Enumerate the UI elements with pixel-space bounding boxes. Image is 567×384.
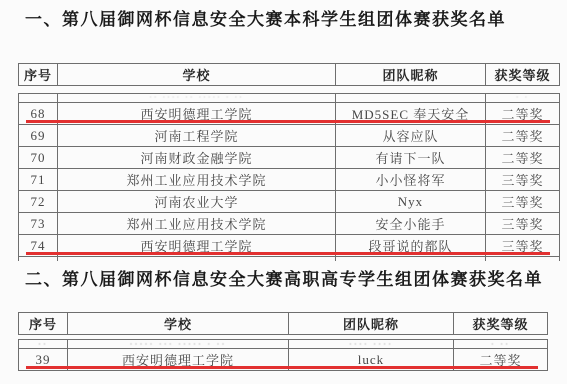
awards-table-undergraduate-body: ·· ···· ·· ····· · ··· ·68西安明德理工学院MD5SEC… <box>18 93 560 261</box>
school-cell: 河南工程学院 <box>58 125 336 147</box>
award-cell: 三等奖 <box>486 213 560 235</box>
no-cell: 74 <box>19 235 58 257</box>
table-row: 74西安明德理工学院段哥说的都队三等奖 <box>19 235 560 257</box>
clipped-cell <box>336 94 486 103</box>
no-cell: 69 <box>19 125 58 147</box>
table-row: 72河南农业大学Nyx三等奖 <box>19 191 560 213</box>
header-row: 序号学校团队昵称获奖等级 <box>19 313 548 335</box>
school-cell: 西安明德理工学院 <box>68 349 289 371</box>
award-cell: 二等奖 <box>486 125 560 147</box>
clipped-row: ······· ··· ····· · ······ ····· ·· <box>19 340 548 349</box>
clipped-cell: · ·· <box>454 340 548 349</box>
clipped-cell: ···· ···· <box>289 340 454 349</box>
table-row: 73郑州工业应用技术学院安全小能手三等奖 <box>19 213 560 235</box>
team-cell: MD5SEC 奉天安全 <box>336 103 486 125</box>
clipped-cell: · · <box>486 94 560 103</box>
award-cell: 三等奖 <box>486 235 560 257</box>
clipped-cell: ·· <box>19 340 68 349</box>
clipped-cell <box>336 257 486 262</box>
school-cell: 郑州工业应用技术学院 <box>58 213 336 235</box>
school-cell: 河南财政金融学院 <box>58 147 336 169</box>
school-cell: 河南农业大学 <box>58 191 336 213</box>
header-row: 序号学校团队昵称获奖等级 <box>19 64 560 86</box>
column-header-award: 获奖等级 <box>454 313 548 335</box>
school-cell: 西安明德理工学院 <box>58 235 336 257</box>
awards-table-undergraduate-header-wrap: 序号学校团队昵称获奖等级 <box>18 63 559 86</box>
document-page: 一、第八届御网杯信息安全大赛本科学生组团体赛获奖名单 序号学校团队昵称获奖等级 … <box>0 0 567 384</box>
column-header-school: 学校 <box>68 313 289 335</box>
awards-table-vocational-body: ······· ··· ····· · ······ ····· ··39西安明… <box>18 339 548 371</box>
table-row: 71郑州工业应用技术学院小小怪将军三等奖 <box>19 169 560 191</box>
school-cell: 郑州工业应用技术学院 <box>58 169 336 191</box>
school-cell: 西安明德理工学院 <box>58 103 336 125</box>
clipped-row: ·· ···· ·· ····· · ··· · <box>19 94 560 103</box>
no-cell: 71 <box>19 169 58 191</box>
team-cell: luck <box>289 349 454 371</box>
awards-table-undergraduate-body-wrap: ·· ···· ·· ····· · ··· ·68西安明德理工学院MD5SEC… <box>18 93 559 261</box>
award-cell: 二等奖 <box>486 147 560 169</box>
clipped-cell: ·· ···· ·· ····· · ·· <box>58 94 336 103</box>
awards-table-vocational-header: 序号学校团队昵称获奖等级 <box>18 312 548 335</box>
team-cell: 小小怪将军 <box>336 169 486 191</box>
table-row: 70河南财政金融学院有请下一队二等奖 <box>19 147 560 169</box>
no-cell: 70 <box>19 147 58 169</box>
award-cell: 二等奖 <box>454 349 548 371</box>
award-cell: 二等奖 <box>486 103 560 125</box>
column-header-school: 学校 <box>58 64 336 86</box>
column-header-no: 序号 <box>19 64 58 86</box>
table-row: 69河南工程学院从容应队二等奖 <box>19 125 560 147</box>
section-title-vocational: 二、第八届御网杯信息安全大赛高职高专学生组团体赛获奖名单 <box>25 269 567 290</box>
team-cell: 安全小能手 <box>336 213 486 235</box>
clipped-cell <box>19 257 58 262</box>
award-cell: 三等奖 <box>486 169 560 191</box>
clipped-cell <box>58 257 336 262</box>
clipped-cell <box>486 257 560 262</box>
table-row: 68西安明德理工学院MD5SEC 奉天安全二等奖 <box>19 103 560 125</box>
no-cell: 73 <box>19 213 58 235</box>
awards-table-vocational-body-wrap: ······· ··· ····· · ······ ····· ··39西安明… <box>18 339 547 371</box>
team-cell: 有请下一队 <box>336 147 486 169</box>
clipped-cell: ····· ··· ····· · ·· <box>68 340 289 349</box>
section-title-undergraduate: 一、第八届御网杯信息安全大赛本科学生组团体赛获奖名单 <box>25 9 567 30</box>
column-header-team: 团队昵称 <box>289 313 454 335</box>
no-cell: 39 <box>19 349 68 371</box>
column-header-team: 团队昵称 <box>336 64 486 86</box>
award-cell: 三等奖 <box>486 191 560 213</box>
column-header-no: 序号 <box>19 313 68 335</box>
no-cell: 68 <box>19 103 58 125</box>
team-cell: 段哥说的都队 <box>336 235 486 257</box>
awards-table-undergraduate-header: 序号学校团队昵称获奖等级 <box>18 63 560 86</box>
clipped-cell <box>19 94 58 103</box>
awards-table-vocational-header-wrap: 序号学校团队昵称获奖等级 <box>18 312 547 335</box>
column-header-award: 获奖等级 <box>486 64 560 86</box>
table-row: 39西安明德理工学院luck二等奖 <box>19 349 548 371</box>
team-cell: Nyx <box>336 191 486 213</box>
no-cell: 72 <box>19 191 58 213</box>
team-cell: 从容应队 <box>336 125 486 147</box>
clipped-bottom-row <box>19 257 560 262</box>
